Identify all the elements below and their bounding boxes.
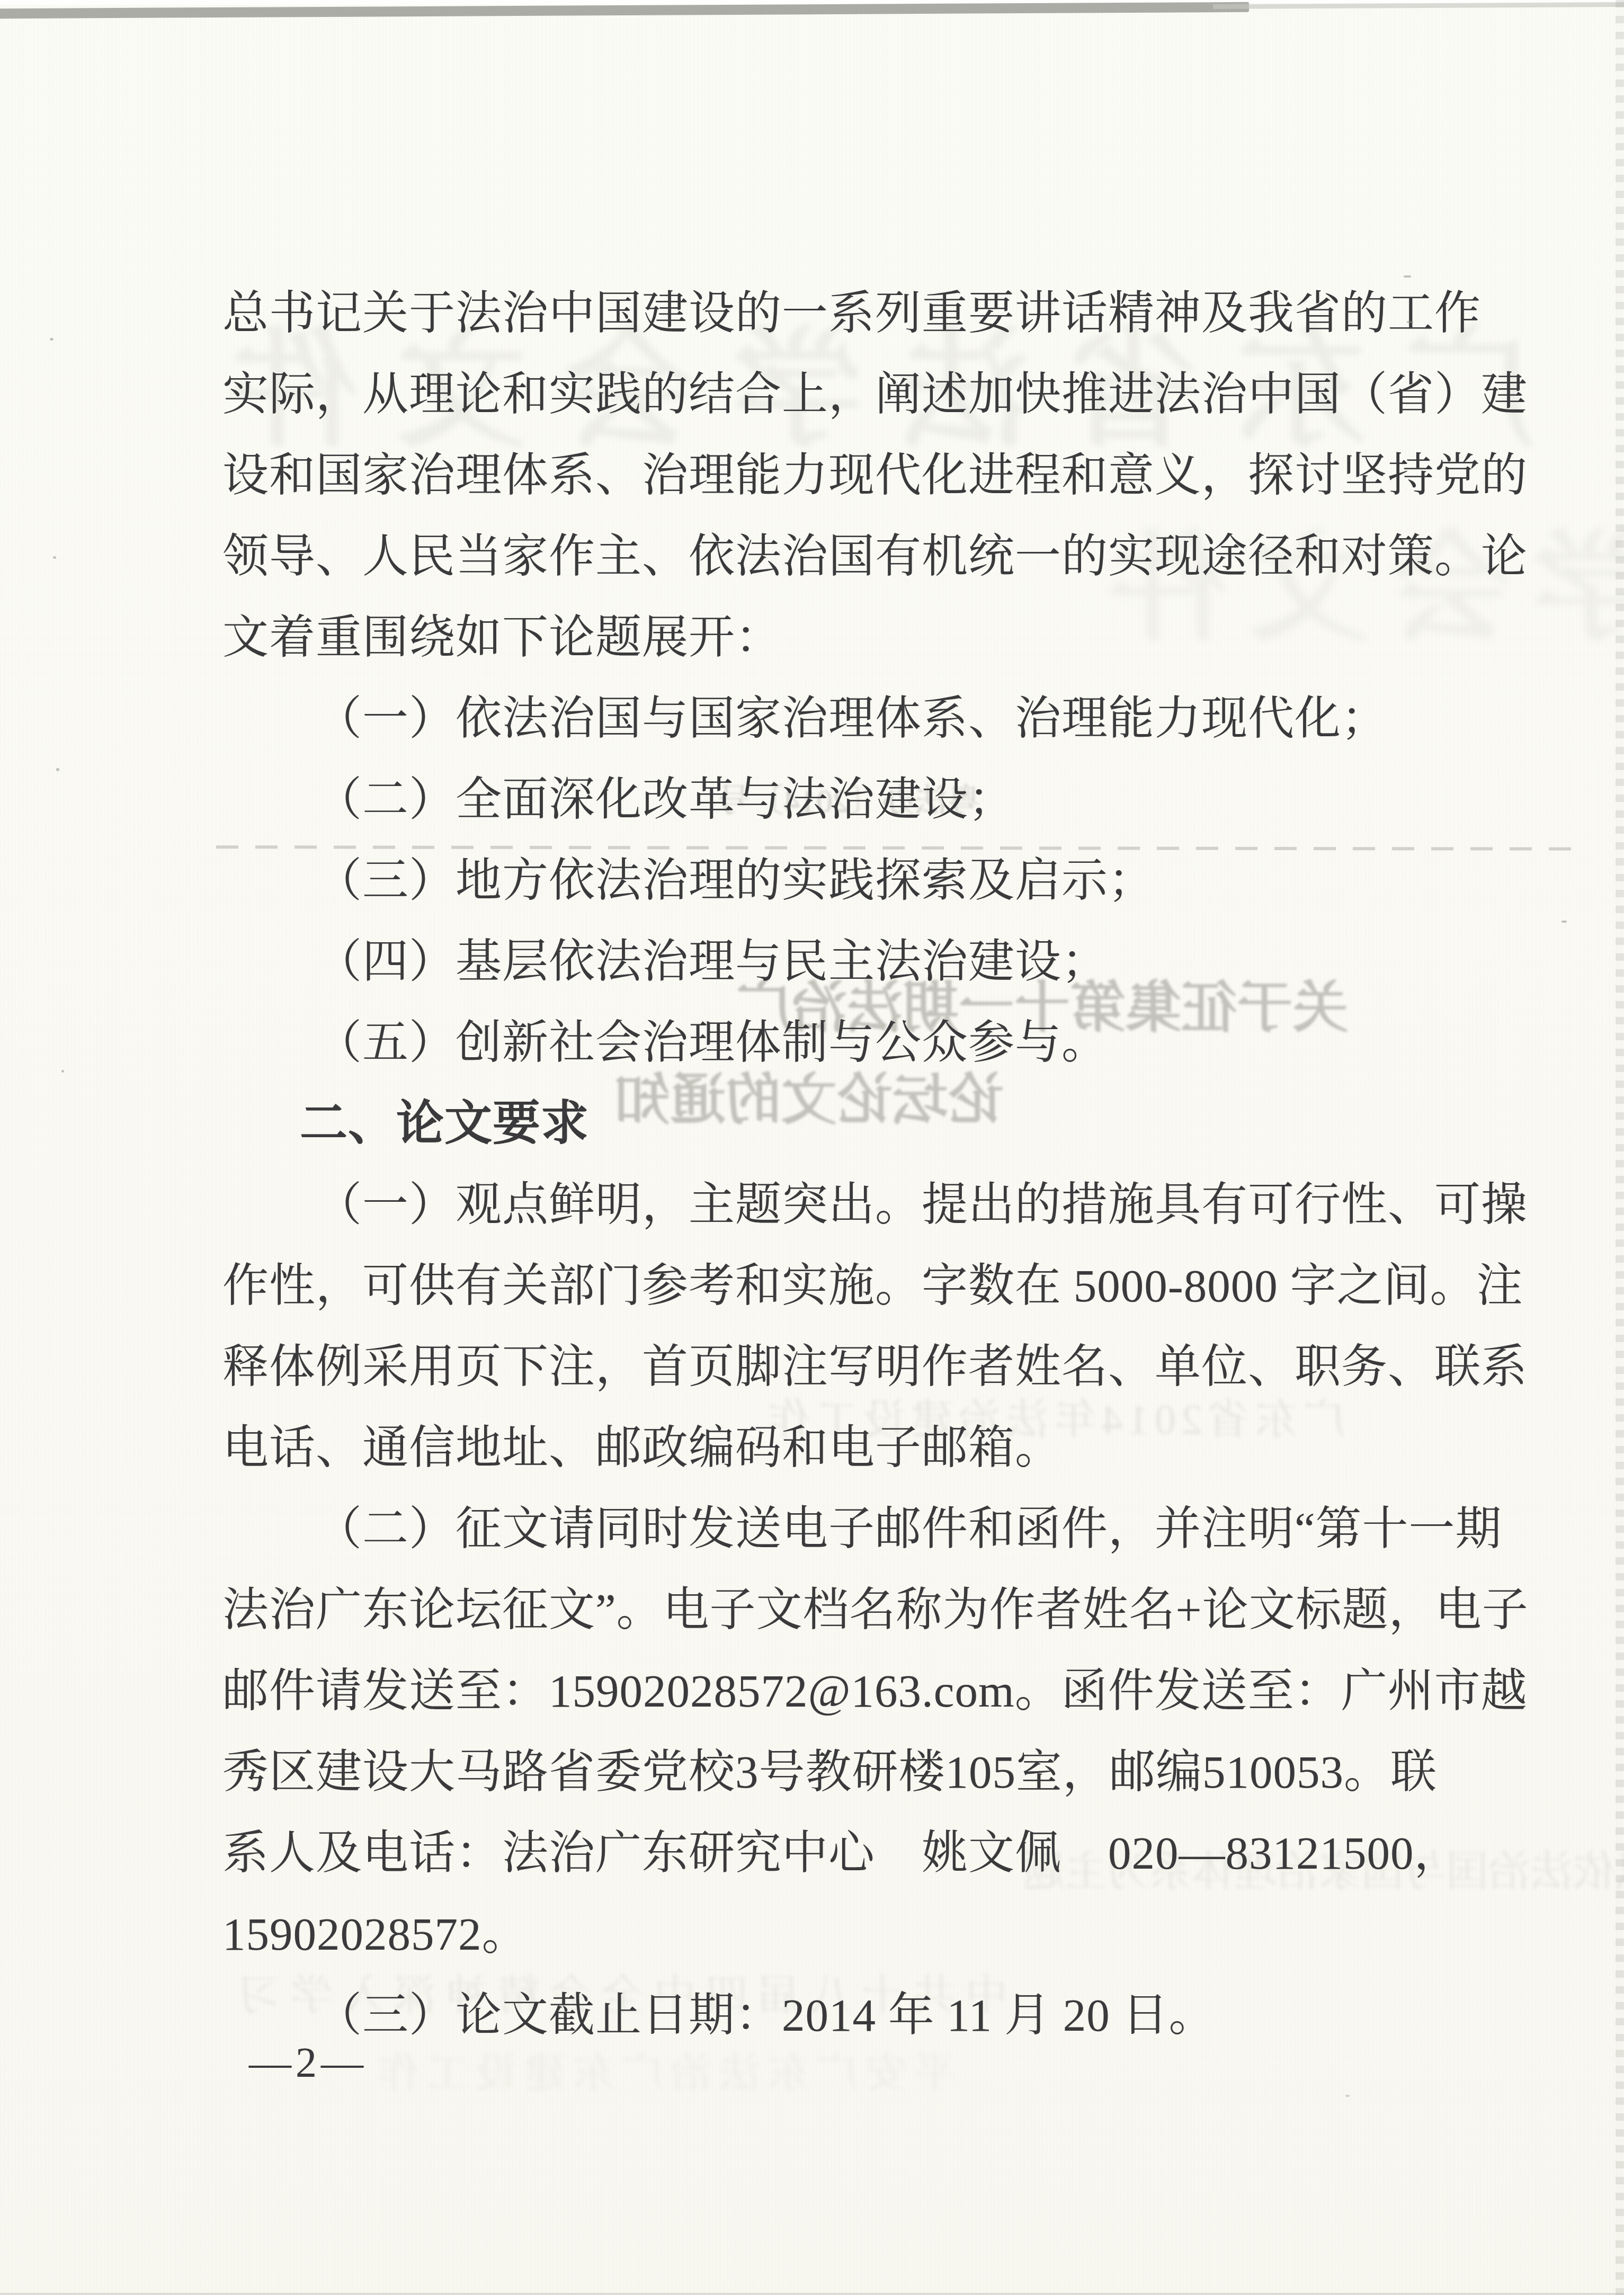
scan-speck bbox=[56, 768, 59, 771]
text-line: 电话、通信地址、邮政编码和电子邮箱。 bbox=[222, 1407, 1529, 1488]
text-line: （一）观点鲜明，主题突出。提出的措施具有可行性、可操 bbox=[222, 1164, 1529, 1245]
scan-speck bbox=[1407, 321, 1413, 323]
scan-speck bbox=[1345, 2095, 1350, 2097]
scan-edge-bottom bbox=[0, 2293, 1624, 2295]
text-line: 总书记关于法治中国建设的一系列重要讲话精神及我省的工作 bbox=[222, 273, 1529, 354]
text-line: 设和国家治理体系、治理能力现代化进程和意义，探讨坚持党的 bbox=[222, 435, 1529, 516]
list-item-3: （三）地方依法治理的实践探索及启示； bbox=[222, 840, 1529, 921]
section-heading: 二、论文要求 bbox=[222, 1083, 1529, 1164]
list-item-1: （一）依法治国与国家治理体系、治理能力现代化； bbox=[222, 678, 1529, 759]
text-line: 法治广东论坛征文”。电子文档名称为作者姓名+论文标题，电子 bbox=[222, 1569, 1529, 1650]
list-item-5: （五）创新社会治理体制与公众参与。 bbox=[222, 1002, 1529, 1083]
text-line: 领导、人民当家作主、依法治国有机统一的实现途径和对策。论 bbox=[222, 516, 1529, 597]
list-item-4: （四）基层依法治理与民主法治建设； bbox=[222, 921, 1529, 1002]
text-line: 文着重围绕如下论题展开： bbox=[222, 597, 1529, 678]
text-line: 释体例采用页下注，首页脚注写明作者姓名、单位、职务、联系 bbox=[222, 1326, 1529, 1407]
scan-edge-right bbox=[1616, 0, 1624, 2295]
scan-speck bbox=[61, 1070, 64, 1073]
scan-speck bbox=[53, 556, 56, 559]
text-line-deadline: （三）论文截止日期：2014 年 11 月 20 日。 bbox=[222, 1975, 1529, 2056]
scanned-document-page: 广东省法学会文件 法学会文件 粤法办〔2014〕号 关于征集第十一期法治广 论坛… bbox=[0, 0, 1624, 2295]
text-line-phone: 15902028572。 bbox=[222, 1894, 1529, 1975]
document-text-block: 总书记关于法治中国建设的一系列重要讲话精神及我省的工作 实际，从理论和实践的结合… bbox=[222, 273, 1529, 2056]
scan-speck bbox=[1404, 275, 1411, 278]
text-line: （二）征文请同时发送电子邮件和函件，并注明“第十一期 bbox=[222, 1488, 1529, 1569]
text-line-contact: 系人及电话：法治广东研究中心 姚文佩 020—83121500， bbox=[222, 1812, 1529, 1894]
text-line: 实际，从理论和实践的结合上，阐述加快推进法治中国（省）建 bbox=[222, 354, 1529, 435]
scan-speck bbox=[50, 338, 53, 341]
text-line-address: 秀区建设大马路省委党校3号教研楼105室，邮编510053。联 bbox=[222, 1731, 1529, 1812]
list-item-2: （二）全面深化改革与法治建设； bbox=[222, 759, 1529, 840]
text-line: 作性，可供有关部门参考和实施。字数在 5000-8000 字之间。注 bbox=[222, 1245, 1529, 1326]
scan-speck bbox=[1561, 921, 1567, 923]
page-number: —2— bbox=[249, 2039, 368, 2087]
text-line-email: 邮件请发送至：15902028572@163.com。函件发送至：广州市越 bbox=[222, 1650, 1529, 1731]
